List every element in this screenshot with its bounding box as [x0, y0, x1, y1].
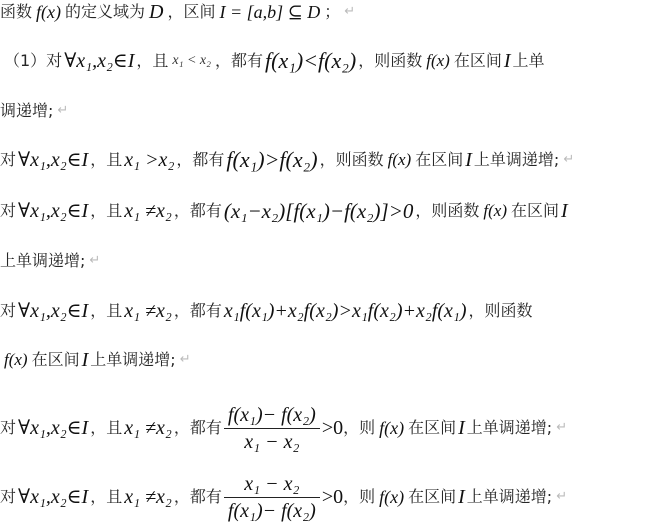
math-forall: ∀x₁,x₂∈I — [18, 199, 88, 223]
text: ，则函数 — [415, 199, 479, 223]
text: 上单调递增; — [0, 249, 85, 273]
paragraph-mark-icon: ↵ — [89, 249, 100, 273]
text: ，都有 — [176, 148, 224, 172]
math-rearrangement-ineq: x₁f(x₁)+x₂f(x₂)>x₁f(x₂)+x₂f(x₁) — [224, 299, 467, 323]
text: ，则函数 — [469, 299, 533, 323]
paragraph-mark-icon: ↵ — [556, 485, 567, 509]
math-fineq: f(x₁)>f(x₂) — [226, 148, 317, 172]
difference-quotient-fraction: f(x₁)− f(x₂) x₁ − x₂ — [224, 402, 320, 455]
math-gt-zero: >0 — [322, 416, 343, 440]
math-fx: f(x) — [379, 485, 404, 509]
fraction-denominator: f(x₁)− f(x₂) — [224, 498, 320, 524]
text: ，且 — [90, 148, 122, 172]
paragraph-mark-icon: ↵ — [180, 348, 191, 372]
condition-4-cont: f(x) 在区间 I 上单调递增; ↵ — [4, 348, 191, 372]
math-fineq: f(x₁)<f(x₂) — [265, 49, 356, 73]
condition-2-line: 对 ∀x₁,x₂∈I ，且 x₁ >x₂ ，都有 f(x₁)>f(x₂) ，则函… — [0, 148, 574, 172]
text: 对 — [0, 199, 16, 223]
paragraph-mark-icon: ↵ — [57, 99, 68, 123]
math-gt-zero: >0 — [322, 485, 343, 509]
text: ，都有 — [174, 299, 222, 323]
math-ineq: x₁ < x₂ — [172, 49, 211, 73]
text: 的定义域为 — [65, 0, 145, 24]
math-forall: ∀x₁,x₂∈I — [18, 299, 88, 323]
math-fx: f(x) — [388, 148, 412, 172]
paragraph-mark-icon: ↵ — [344, 0, 355, 24]
math-I: I — [458, 485, 465, 509]
text: 调递增; — [0, 99, 53, 123]
text: 在区间 — [511, 199, 559, 223]
math-forall: ∀x₁,x₂∈I — [64, 49, 134, 73]
text: ，且 — [90, 199, 122, 223]
text: ，则函数 — [320, 148, 384, 172]
condition-1-line: （1）对 ∀x₁,x₂∈I ，且 x₁ < x₂ ，都有 f(x₁)<f(x₂)… — [4, 49, 545, 73]
math-ineq: x₁ ≠x₂ — [124, 416, 172, 440]
text: 对 — [0, 416, 16, 440]
text: ，都有 — [215, 49, 263, 73]
text: ，则 — [343, 416, 375, 440]
text: 函数 — [0, 0, 32, 24]
math-I: I — [82, 348, 89, 372]
text: 上单调递增; — [474, 148, 559, 172]
math-I: I — [465, 148, 472, 172]
text: 在区间 — [408, 416, 456, 440]
text: 上单 — [513, 49, 545, 73]
text: ，且 — [90, 485, 122, 509]
inverse-difference-quotient-fraction: x₁ − x₂ f(x₁)− f(x₂) — [224, 471, 320, 524]
math-ineq: x₁ >x₂ — [124, 148, 174, 172]
math-ineq: x₁ ≠x₂ — [124, 199, 172, 223]
math-I: I — [504, 49, 511, 73]
text: 对 — [0, 299, 16, 323]
paragraph-mark-icon: ↵ — [556, 416, 567, 440]
condition-4-line: 对 ∀x₁,x₂∈I ，且 x₁ ≠x₂ ，都有 x₁f(x₁)+x₂f(x₂)… — [0, 299, 533, 323]
text: ，都有 — [174, 199, 222, 223]
math-interval: I = [a,b] ⊆ D — [219, 0, 320, 24]
math-fx: f(x) — [426, 49, 450, 73]
math-fx: f(x) — [483, 199, 507, 223]
math-I: I — [561, 199, 568, 223]
intro-line: 函数 f(x) 的定义域为 D ，区间 I = [a,b] ⊆ D ； ↵ — [0, 0, 355, 24]
text: 在区间 — [32, 348, 80, 372]
text: ，且 — [136, 49, 168, 73]
text: 对 — [0, 485, 16, 509]
text: ，且 — [90, 416, 122, 440]
text: 在区间 — [454, 49, 502, 73]
condition-1-cont: 调递增; ↵ — [0, 99, 68, 123]
text: 上单调递增; — [467, 485, 552, 509]
text: 对 — [0, 148, 16, 172]
math-forall: ∀x₁,x₂∈I — [18, 148, 88, 172]
math-product-ineq: (x₁−x₂)[f(x₁)−f(x₂)]>0 — [224, 199, 413, 223]
math-I: I — [458, 416, 465, 440]
text: ，则函数 — [358, 49, 422, 73]
text: ，区间 — [167, 0, 215, 24]
fraction-denominator: x₁ − x₂ — [240, 429, 303, 455]
math-forall: ∀x₁,x₂∈I — [18, 485, 88, 509]
text: 上单调递增; — [90, 348, 175, 372]
math-forall: ∀x₁,x₂∈I — [18, 416, 88, 440]
text: 上单调递增; — [467, 416, 552, 440]
text: ，则 — [343, 485, 375, 509]
condition-3-cont: 上单调递增; ↵ — [0, 249, 100, 273]
text: ，都有 — [174, 416, 222, 440]
math-fx: f(x) — [379, 416, 404, 440]
paragraph-mark-icon: ↵ — [563, 148, 574, 172]
condition-3-line: 对 ∀x₁,x₂∈I ，且 x₁ ≠x₂ ，都有 (x₁−x₂)[f(x₁)−f… — [0, 199, 570, 223]
fraction-numerator: f(x₁)− f(x₂) — [224, 402, 320, 428]
math-D: D — [149, 0, 163, 24]
text: 在区间 — [415, 148, 463, 172]
text: ，且 — [90, 299, 122, 323]
math-ineq: x₁ ≠x₂ — [124, 299, 172, 323]
text: ，都有 — [174, 485, 222, 509]
text: 在区间 — [408, 485, 456, 509]
math-fx: f(x) — [4, 348, 28, 372]
text: ； — [324, 0, 340, 24]
math-fx: f(x) — [36, 0, 61, 24]
text: （1）对 — [4, 49, 62, 73]
condition-5-line: 对 ∀x₁,x₂∈I ，且 x₁ ≠x₂ ，都有 f(x₁)− f(x₂) x₁… — [0, 398, 567, 458]
fraction-numerator: x₁ − x₂ — [240, 471, 303, 497]
math-ineq: x₁ ≠x₂ — [124, 485, 172, 509]
condition-6-line: 对 ∀x₁,x₂∈I ，且 x₁ ≠x₂ ，都有 x₁ − x₂ f(x₁)− … — [0, 467, 567, 527]
